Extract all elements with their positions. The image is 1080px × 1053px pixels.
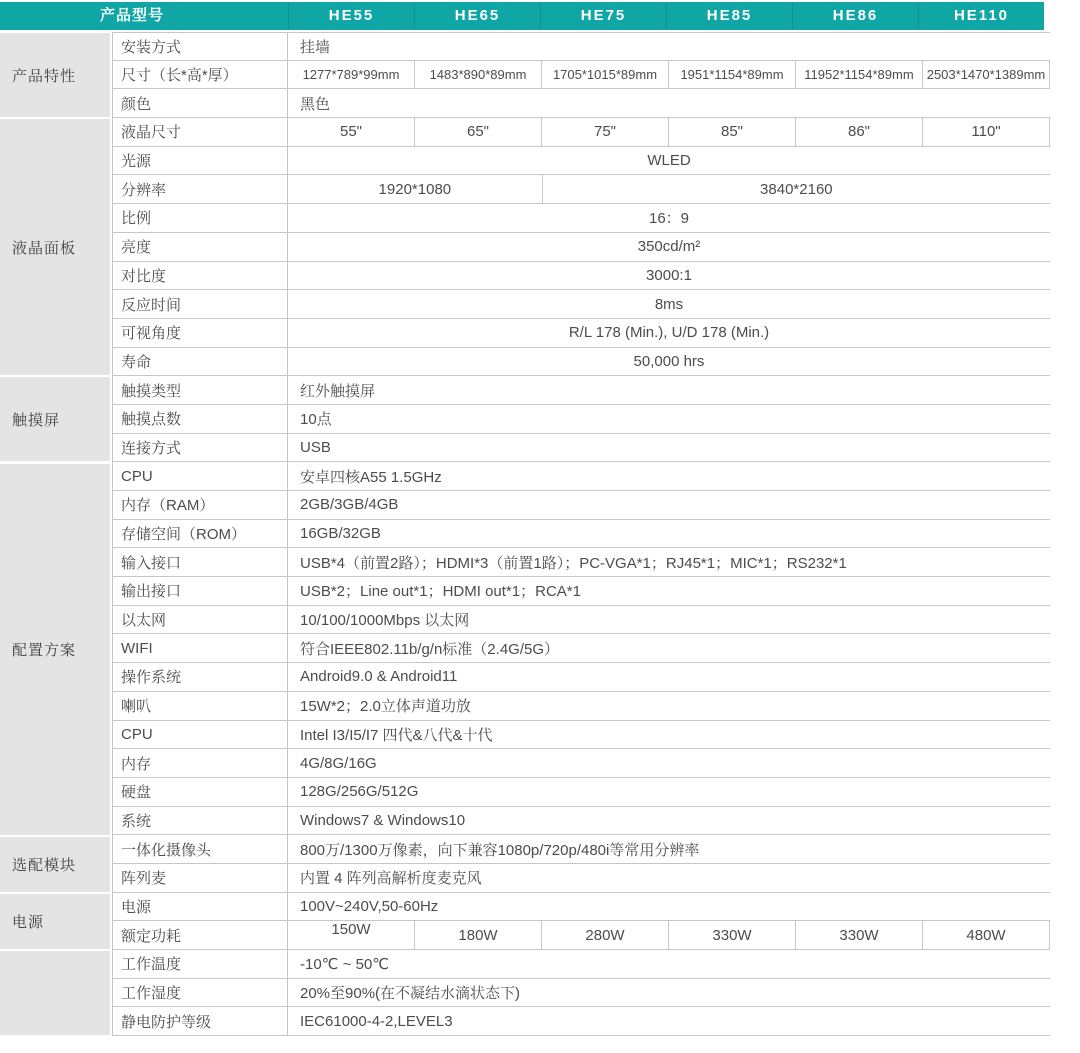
header-model-columns: HE55HE65HE75HE85HE86HE110: [288, 2, 1044, 30]
value-area: 50,000 hrs: [288, 348, 1050, 376]
attr-label: 硬盘: [112, 778, 288, 806]
spec-row: 喇叭15W*2；2.0立体声道功放: [112, 692, 1050, 721]
value-area: 128G/256G/512G: [288, 778, 1050, 806]
spec-row: 工作湿度20%至90%(在不凝结水滴状态下): [112, 979, 1050, 1008]
value-cell: 10点: [288, 405, 1050, 433]
category-label-block: 配置方案: [0, 464, 110, 835]
attr-label: 对比度: [112, 262, 288, 290]
attr-label: 额定功耗: [112, 921, 288, 949]
spec-row: 电源100V~240V,50-60Hz: [112, 893, 1050, 922]
attr-label: 尺寸（长*高*厚）: [112, 61, 288, 89]
attr-label: 寿命: [112, 348, 288, 376]
spec-row: 液晶尺寸55"65"75"85"86"110": [112, 118, 1050, 147]
value-cell: 1483*890*89mm: [415, 61, 542, 89]
value-cell: 150W: [288, 921, 415, 949]
value-cell: 3840*2160: [543, 175, 1050, 203]
value-area: 符合IEEE802.11b/g/n标准（2.4G/5G）: [288, 634, 1050, 662]
table-header: 产品型号 HE55HE65HE75HE85HE86HE110: [0, 2, 1044, 30]
value-area: 3000:1: [288, 262, 1050, 290]
value-cell: 280W: [542, 921, 669, 949]
value-cell: 330W: [669, 921, 796, 949]
value-cell: 75": [542, 118, 669, 146]
attr-label: 光源: [112, 147, 288, 175]
attr-label: 连接方式: [112, 434, 288, 462]
header-model-he86: HE86: [792, 2, 918, 30]
value-cell: 86": [796, 118, 923, 146]
value-area: 16：9: [288, 204, 1050, 232]
value-text: 110": [971, 123, 1000, 140]
value-cell: 4G/8G/16G: [288, 749, 1050, 777]
attr-label: 喇叭: [112, 692, 288, 720]
category-label-block: 液晶面板: [0, 119, 110, 375]
value-area: 10点: [288, 405, 1050, 433]
attr-label: 触摸点数: [112, 405, 288, 433]
category-label-block: 触摸屏: [0, 377, 110, 461]
attr-label: 触摸类型: [112, 376, 288, 404]
header-product-model-label: 产品型号: [0, 2, 288, 30]
attr-label: 液晶尺寸: [112, 118, 288, 146]
value-text: 1483*890*89mm: [430, 67, 527, 82]
value-area: 10/100/1000Mbps 以太网: [288, 606, 1050, 634]
spec-row: 输出接口USB*2；Line out*1；HDMI out*1；RCA*1: [112, 577, 1050, 606]
value-area: 红外触摸屏: [288, 376, 1050, 404]
value-cell: Intel I3/I5/I7 四代&八代&十代: [288, 721, 1050, 749]
value-text: 85": [721, 123, 743, 140]
attr-label: 分辨率: [112, 175, 288, 203]
header-model-he110: HE110: [918, 2, 1044, 30]
value-text: 65": [467, 123, 489, 140]
value-area: 20%至90%(在不凝结水滴状态下): [288, 979, 1050, 1007]
attr-label: 电源: [112, 893, 288, 921]
value-cell: USB*2；Line out*1；HDMI out*1；RCA*1: [288, 577, 1050, 605]
attr-label: 操作系统: [112, 663, 288, 691]
value-area: Android9.0 & Android11: [288, 663, 1050, 691]
value-cell: 8ms: [288, 290, 1050, 318]
value-cell: 挂墙: [288, 33, 1050, 60]
value-area: R/L 178 (Min.), U/D 178 (Min.): [288, 319, 1050, 347]
value-cell: 800万/1300万像素，向下兼容1080p/720p/480i等常用分辨率: [288, 835, 1050, 863]
value-cell: 20%至90%(在不凝结水滴状态下): [288, 979, 1050, 1007]
value-cell: 55": [288, 118, 415, 146]
attr-label: 以太网: [112, 606, 288, 634]
attr-label: 输入接口: [112, 548, 288, 576]
attr-label: 一体化摄像头: [112, 835, 288, 863]
value-cell: 330W: [796, 921, 923, 949]
attr-label: 安装方式: [112, 33, 288, 60]
value-area: 150W180W280W330W330W480W: [288, 921, 1050, 949]
value-cell: 180W: [415, 921, 542, 949]
attr-label: 存储空间（ROM）: [112, 520, 288, 548]
category-label-block: 产品特性: [0, 33, 110, 117]
value-area: 挂墙: [288, 33, 1050, 60]
spec-row: 尺寸（长*高*厚）1277*789*99mm1483*890*89mm1705*…: [112, 61, 1050, 90]
value-cell: 10/100/1000Mbps 以太网: [288, 606, 1050, 634]
value-cell: 50,000 hrs: [288, 348, 1050, 376]
spec-row: WIFI符合IEEE802.11b/g/n标准（2.4G/5G）: [112, 634, 1050, 663]
attr-label: CPU: [112, 721, 288, 749]
spec-row: 工作温度-10℃ ~ 50℃: [112, 950, 1050, 979]
value-cell: Windows7 & Windows10: [288, 807, 1050, 835]
spec-row: 触摸点数10点: [112, 405, 1050, 434]
value-area: 4G/8G/16G: [288, 749, 1050, 777]
attr-label: 工作湿度: [112, 979, 288, 1007]
value-cell: USB*4（前置2路）；HDMI*3（前置1路）；PC-VGA*1；RJ45*1…: [288, 548, 1050, 576]
attr-label: 静电防护等级: [112, 1007, 288, 1035]
category-label-block: 电源: [0, 894, 110, 949]
value-area: USB*4（前置2路）；HDMI*3（前置1路）；PC-VGA*1；RJ45*1…: [288, 548, 1050, 576]
value-area: 1920*10803840*2160: [288, 175, 1050, 203]
value-cell: 110": [923, 118, 1050, 146]
spec-row: 颜色黑色: [112, 89, 1050, 118]
header-model-he55: HE55: [288, 2, 414, 30]
value-area: 2GB/3GB/4GB: [288, 491, 1050, 519]
value-text: 1951*1154*89mm: [680, 67, 783, 82]
spec-row: 系统Windows7 & Windows10: [112, 807, 1050, 836]
value-cell: WLED: [288, 147, 1050, 175]
value-area: 黑色: [288, 89, 1050, 117]
spec-rows: 安装方式挂墙尺寸（长*高*厚）1277*789*99mm1483*890*89m…: [112, 32, 1050, 1036]
value-cell: Android9.0 & Android11: [288, 663, 1050, 691]
value-cell: 安卓四核A55 1.5GHz: [288, 462, 1050, 490]
attr-label: 工作温度: [112, 950, 288, 978]
value-cell: R/L 178 (Min.), U/D 178 (Min.): [288, 319, 1050, 347]
header-model-he75: HE75: [540, 2, 666, 30]
attr-label: 阵列麦: [112, 864, 288, 892]
attr-label: 反应时间: [112, 290, 288, 318]
value-cell: 15W*2；2.0立体声道功放: [288, 692, 1050, 720]
attr-label: 内存（RAM）: [112, 491, 288, 519]
spec-row: 一体化摄像头800万/1300万像素，向下兼容1080p/720p/480i等常…: [112, 835, 1050, 864]
value-area: 1277*789*99mm1483*890*89mm1705*1015*89mm…: [288, 61, 1050, 89]
value-cell: -10℃ ~ 50℃: [288, 950, 1050, 978]
value-area: 55"65"75"85"86"110": [288, 118, 1050, 146]
value-cell: 1705*1015*89mm: [542, 61, 669, 89]
attr-label: 可视角度: [112, 319, 288, 347]
value-area: -10℃ ~ 50℃: [288, 950, 1050, 978]
value-cell: 128G/256G/512G: [288, 778, 1050, 806]
value-cell: 16：9: [288, 204, 1050, 232]
value-text: 55": [340, 123, 362, 140]
attr-label: 内存: [112, 749, 288, 777]
header-model-he85: HE85: [666, 2, 792, 30]
value-cell: 1920*1080: [288, 175, 543, 203]
spec-row: 输入接口USB*4（前置2路）；HDMI*3（前置1路）；PC-VGA*1；RJ…: [112, 548, 1050, 577]
attr-label: 比例: [112, 204, 288, 232]
value-cell: 16GB/32GB: [288, 520, 1050, 548]
value-area: IEC61000-4-2,LEVEL3: [288, 1007, 1050, 1035]
value-cell: 480W: [923, 921, 1050, 949]
value-text: 150W: [331, 921, 370, 938]
value-area: USB*2；Line out*1；HDMI out*1；RCA*1: [288, 577, 1050, 605]
value-text: 1705*1015*89mm: [553, 67, 657, 82]
spec-row: CPU安卓四核A55 1.5GHz: [112, 462, 1050, 491]
value-area: 16GB/32GB: [288, 520, 1050, 548]
value-text: 86": [848, 123, 870, 140]
value-text: 480W: [966, 927, 1005, 944]
spec-row: 存储空间（ROM）16GB/32GB: [112, 520, 1050, 549]
value-text: 2503*1470*1389mm: [927, 67, 1046, 82]
attr-label: 亮度: [112, 233, 288, 261]
attr-label: CPU: [112, 462, 288, 490]
attr-label: 颜色: [112, 89, 288, 117]
value-area: 15W*2；2.0立体声道功放: [288, 692, 1050, 720]
value-cell: 符合IEEE802.11b/g/n标准（2.4G/5G）: [288, 634, 1050, 662]
attr-label: 输出接口: [112, 577, 288, 605]
value-cell: 65": [415, 118, 542, 146]
spec-row: 反应时间8ms: [112, 290, 1050, 319]
value-cell: 黑色: [288, 89, 1050, 117]
value-cell: 2503*1470*1389mm: [923, 61, 1050, 89]
attr-label: WIFI: [112, 634, 288, 662]
spec-row: 内存（RAM）2GB/3GB/4GB: [112, 491, 1050, 520]
value-cell: IEC61000-4-2,LEVEL3: [288, 1007, 1050, 1035]
value-text: 330W: [712, 927, 751, 944]
value-area: 内置 4 阵列高解析度麦克风: [288, 864, 1050, 892]
value-text: 180W: [458, 927, 497, 944]
value-text: 280W: [585, 927, 624, 944]
value-cell: 1951*1154*89mm: [669, 61, 796, 89]
value-area: 800万/1300万像素，向下兼容1080p/720p/480i等常用分辨率: [288, 835, 1050, 863]
header-model-he65: HE65: [414, 2, 540, 30]
value-cell: 85": [669, 118, 796, 146]
value-text: 1277*789*99mm: [303, 67, 400, 82]
spec-row: 寿命50,000 hrs: [112, 348, 1050, 377]
value-area: 安卓四核A55 1.5GHz: [288, 462, 1050, 490]
spec-row: 比例16：9: [112, 204, 1050, 233]
spec-row: 亮度350cd/m²: [112, 233, 1050, 262]
value-cell: 内置 4 阵列高解析度麦克风: [288, 864, 1050, 892]
value-area: 350cd/m²: [288, 233, 1050, 261]
value-cell: USB: [288, 434, 1050, 462]
value-cell: 红外触摸屏: [288, 376, 1050, 404]
spec-row: 分辨率1920*10803840*2160: [112, 175, 1050, 204]
product-spec-sheet: 产品型号 HE55HE65HE75HE85HE86HE110 产品特性液晶面板触…: [0, 0, 1080, 1053]
spec-row: 额定功耗150W180W280W330W330W480W: [112, 921, 1050, 950]
value-area: 8ms: [288, 290, 1050, 318]
value-area: WLED: [288, 147, 1050, 175]
spec-row: 对比度3000:1: [112, 262, 1050, 291]
category-label-block: 选配模块: [0, 837, 110, 892]
spec-row: 内存4G/8G/16G: [112, 749, 1050, 778]
value-cell: 2GB/3GB/4GB: [288, 491, 1050, 519]
value-cell: 3000:1: [288, 262, 1050, 290]
spec-row: 硬盘128G/256G/512G: [112, 778, 1050, 807]
spec-row: 操作系统Android9.0 & Android11: [112, 663, 1050, 692]
spec-row: 触摸类型红外触摸屏: [112, 376, 1050, 405]
spec-row: 以太网10/100/1000Mbps 以太网: [112, 606, 1050, 635]
value-text: 75": [594, 123, 616, 140]
value-cell: 350cd/m²: [288, 233, 1050, 261]
spec-row: 可视角度R/L 178 (Min.), U/D 178 (Min.): [112, 319, 1050, 348]
value-text: 11952*1154*89mm: [804, 67, 913, 82]
value-cell: 100V~240V,50-60Hz: [288, 893, 1050, 921]
spec-row: 光源WLED: [112, 147, 1050, 176]
value-area: USB: [288, 434, 1050, 462]
value-area: Intel I3/I5/I7 四代&八代&十代: [288, 721, 1050, 749]
spec-row: 安装方式挂墙: [112, 32, 1050, 61]
spec-row: CPUIntel I3/I5/I7 四代&八代&十代: [112, 721, 1050, 750]
value-cell: 11952*1154*89mm: [796, 61, 923, 89]
value-cell: 1277*789*99mm: [288, 61, 415, 89]
value-area: 100V~240V,50-60Hz: [288, 893, 1050, 921]
attr-label: 系统: [112, 807, 288, 835]
value-text: 330W: [839, 927, 878, 944]
spec-row: 阵列麦内置 4 阵列高解析度麦克风: [112, 864, 1050, 893]
category-empty-block: [0, 951, 110, 1035]
value-area: Windows7 & Windows10: [288, 807, 1050, 835]
spec-row: 连接方式USB: [112, 434, 1050, 463]
spec-row: 静电防护等级IEC61000-4-2,LEVEL3: [112, 1007, 1050, 1036]
